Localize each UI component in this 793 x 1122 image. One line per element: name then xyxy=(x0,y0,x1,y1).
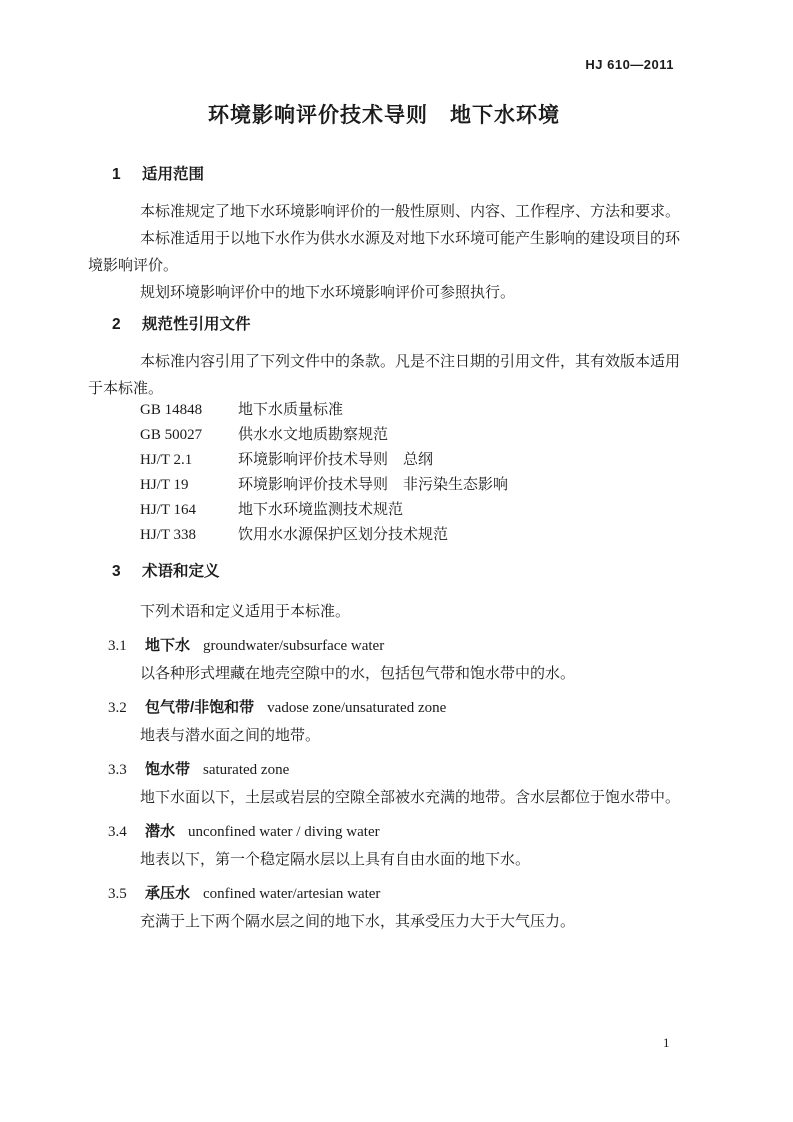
term-english: vadose zone/unsaturated zone xyxy=(267,697,446,719)
page-number: 1 xyxy=(663,1035,670,1051)
document-page: HJ 610—2011 环境影响评价技术导则 地下水环境 1 适用范围 本标准规… xyxy=(0,0,793,1122)
term-heading: 3.5 承压水 confined water/artesian water xyxy=(88,883,680,905)
document-title: 环境影响评价技术导则 地下水环境 xyxy=(88,103,680,129)
term-heading: 3.2 包气带/非饱和带 vadose zone/unsaturated zon… xyxy=(88,697,680,719)
reference-title: 供水水文地质勘察规范 xyxy=(238,427,388,443)
section-3-number: 3 xyxy=(112,562,142,582)
section-1-body: 本标准规定了地下水环境影响评价的一般性原则、内容、工作程序、方法和要求。 本标准… xyxy=(88,199,680,307)
term-heading: 3.3 饱水带 saturated zone xyxy=(88,759,680,781)
term-block: 3.2 包气带/非饱和带 vadose zone/unsaturated zon… xyxy=(88,697,680,750)
term-chinese: 饱水带 xyxy=(145,759,190,781)
paragraph: 本标准适用于以地下水作为供水水源及对地下水环境可能产生影响的建设项目的环境影响评… xyxy=(88,226,680,280)
term-heading: 3.1 地下水 groundwater/subsurface water xyxy=(88,635,680,657)
term-number: 3.5 xyxy=(108,883,145,905)
section-2-heading: 2 规范性引用文件 xyxy=(88,315,680,335)
term-chinese: 承压水 xyxy=(145,883,190,905)
section-1-title: 适用范围 xyxy=(142,165,204,185)
term-block: 3.5 承压水 confined water/artesian water 充满… xyxy=(88,883,680,936)
reference-title: 饮用水水源保护区划分技术规范 xyxy=(238,527,448,543)
term-english: unconfined water / diving water xyxy=(188,821,380,843)
term-number: 3.4 xyxy=(108,821,145,843)
term-chinese: 包气带/非饱和带 xyxy=(145,697,254,719)
reference-code: HJ/T 19 xyxy=(140,473,238,498)
term-english: saturated zone xyxy=(203,759,289,781)
paragraph: 下列术语和定义适用于本标准。 xyxy=(88,599,680,626)
term-chinese: 地下水 xyxy=(145,635,190,657)
term-english: groundwater/subsurface water xyxy=(203,635,384,657)
reference-item: GB 14848地下水质量标准 xyxy=(140,398,680,423)
term-block: 3.3 饱水带 saturated zone 地下水面以下，土层或岩层的空隙全部… xyxy=(88,759,680,812)
reference-title: 地下水环境监测技术规范 xyxy=(238,502,403,518)
term-definition: 以各种形式埋藏在地壳空隙中的水，包括包气带和饱水带中的水。 xyxy=(88,661,680,688)
reference-item: HJ/T 2.1环境影响评价技术导则 总纲 xyxy=(140,448,680,473)
term-heading: 3.4 潜水 unconfined water / diving water xyxy=(88,821,680,843)
reference-title: 环境影响评价技术导则 总纲 xyxy=(238,452,433,468)
section-3-heading: 3 术语和定义 xyxy=(88,562,680,582)
reference-code: GB 50027 xyxy=(140,423,238,448)
section-1-number: 1 xyxy=(112,165,142,185)
reference-title: 环境影响评价技术导则 非污染生态影响 xyxy=(238,477,508,493)
section-1-heading: 1 适用范围 xyxy=(88,165,680,185)
reference-code: HJ/T 164 xyxy=(140,498,238,523)
reference-code: HJ/T 2.1 xyxy=(140,448,238,473)
reference-title: 地下水质量标准 xyxy=(238,402,343,418)
section-2-number: 2 xyxy=(112,315,142,335)
section-3-title: 术语和定义 xyxy=(142,562,220,582)
reference-list: GB 14848地下水质量标准 GB 50027供水水文地质勘察规范 HJ/T … xyxy=(88,398,680,548)
term-definition: 地表与潜水面之间的地带。 xyxy=(88,723,680,750)
paragraph: 规划环境影响评价中的地下水环境影响评价可参照执行。 xyxy=(88,280,680,307)
term-english: confined water/artesian water xyxy=(203,883,380,905)
term-block: 3.1 地下水 groundwater/subsurface water 以各种… xyxy=(88,635,680,688)
term-definition: 地表以下，第一个稳定隔水层以上具有自由水面的地下水。 xyxy=(88,847,680,874)
paragraph: 本标准规定了地下水环境影响评价的一般性原则、内容、工作程序、方法和要求。 xyxy=(88,199,680,226)
reference-code: HJ/T 338 xyxy=(140,523,238,548)
term-number: 3.3 xyxy=(108,759,145,781)
reference-item: HJ/T 164地下水环境监测技术规范 xyxy=(140,498,680,523)
term-block: 3.4 潜水 unconfined water / diving water 地… xyxy=(88,821,680,874)
reference-item: HJ/T 338饮用水水源保护区划分技术规范 xyxy=(140,523,680,548)
term-definition: 地下水面以下，土层或岩层的空隙全部被水充满的地带。含水层都位于饱水带中。 xyxy=(88,785,680,812)
reference-item: HJ/T 19环境影响评价技术导则 非污染生态影响 xyxy=(140,473,680,498)
term-definition: 充满于上下两个隔水层之间的地下水，其承受压力大于大气压力。 xyxy=(88,909,680,936)
reference-code: GB 14848 xyxy=(140,398,238,423)
term-chinese: 潜水 xyxy=(145,821,175,843)
paragraph: 本标准内容引用了下列文件中的条款。凡是不注日期的引用文件，其有效版本适用于本标准… xyxy=(88,349,680,403)
standard-code: HJ 610—2011 xyxy=(88,57,680,73)
section-2-title: 规范性引用文件 xyxy=(142,315,251,335)
reference-item: GB 50027供水水文地质勘察规范 xyxy=(140,423,680,448)
term-number: 3.2 xyxy=(108,697,145,719)
term-number: 3.1 xyxy=(108,635,145,657)
